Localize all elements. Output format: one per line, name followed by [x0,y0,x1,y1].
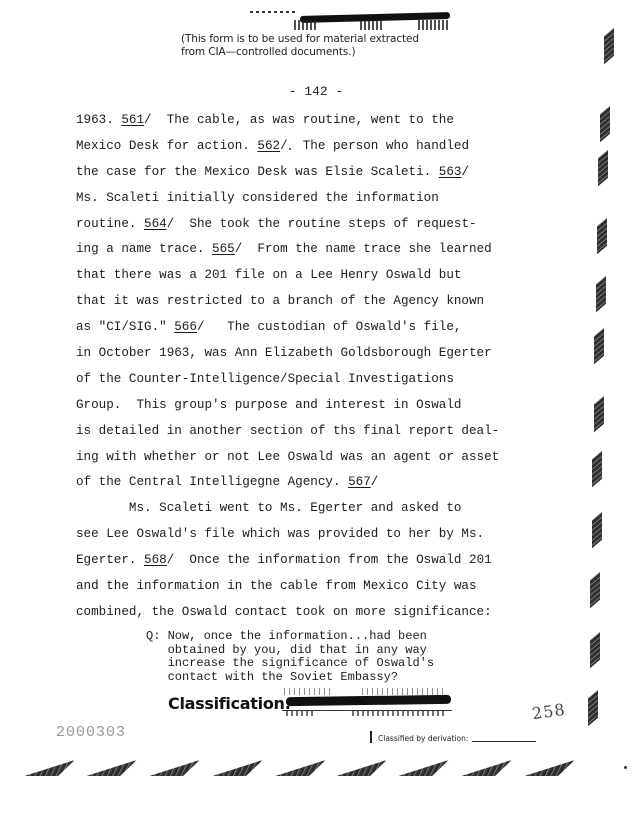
body-line: ing a name trace. 565/ From the name tra… [76,239,516,265]
body-text-span: / Once the information from the Oswald 2… [167,553,492,567]
scan-margin-mark [21,760,74,776]
scan-speck [289,148,291,150]
handwritten-number: 258 [531,700,567,723]
redaction-bar [286,695,451,706]
footnote-reference: 568 [144,553,167,567]
body-text-span: combined, the Oswald contact took on mor… [76,605,492,619]
document-page: (This form is to be used for material ex… [0,0,638,824]
footnote-reference: 566 [174,320,197,334]
body-line: Ms. Scaleti went to Ms. Egerter and aske… [76,498,516,524]
header-dotted-line [250,11,295,13]
body-line: of the Central Intelligegne Agency. 567/ [76,472,516,498]
body-text-span: / [371,475,379,489]
body-line: Mexico Desk for action. 562/ The person … [76,136,516,162]
redaction-noise [362,688,447,695]
body-line: Egerter. 568/ Once the information from … [76,550,516,576]
body-text-span: see Lee Oswald's file which was provided… [76,527,484,541]
body-line: is detailed in another section of ths fi… [76,421,516,447]
body-line: routine. 564/ She took the routine steps… [76,214,516,240]
body-text-span: in October 1963, was Ann Elizabeth Golds… [76,346,492,360]
body-text-span: / The cable, as was routine, went to the [144,113,454,127]
quote-line: Q: Now, once the information...had been [146,630,446,644]
body-line: the case for the Mexico Desk was Elsie S… [76,162,516,188]
body-text-span: Group. This group's purpose and interest… [76,398,461,412]
scan-margin-mark [604,28,614,64]
classified-by-derivation: Classified by derivation: [378,734,536,743]
body-text-span: / She took the routine steps of request- [167,217,477,231]
classification-redaction [282,688,452,718]
scan-margin-mark [592,451,602,487]
scan-margin-mark [521,760,574,776]
body-line: 1963. 561/ The cable, as was routine, we… [76,110,516,136]
body-line: see Lee Oswald's file which was provided… [76,524,516,550]
body-text-span: that it was restricted to a branch of th… [76,294,484,308]
body-line: Ms. Scaleti initially considered the inf… [76,188,516,214]
quote-line: increase the significance of Oswald's [146,657,446,671]
body-text-span: / The custodian of Oswald's file, [197,320,462,334]
quote-line: obtained by you, did that in any way [146,644,446,658]
redaction-noise [360,20,382,30]
scan-margin-mark [592,512,602,548]
body-line: that it was restricted to a branch of th… [76,291,516,317]
body-text-span: / [461,165,469,179]
footnote-reference: 562 [257,139,280,153]
scan-margin-mark [597,218,607,254]
header-redaction [290,12,460,30]
form-usage-note: (This form is to be used for material ex… [181,33,461,59]
redaction-noise [352,711,447,716]
body-line: combined, the Oswald contact took on mor… [76,602,516,628]
body-text-span: 1963. [76,113,121,127]
scan-margin-mark [594,396,604,432]
body-line: and the information in the cable from Me… [76,576,516,602]
body-line: that there was a 201 file on a Lee Henry… [76,265,516,291]
scan-margin-mark [83,760,136,776]
footnote-reference: 561 [121,113,144,127]
footnote-reference: 563 [439,165,462,179]
redaction-noise [294,20,316,30]
body-text: 1963. 561/ The cable, as was routine, we… [76,110,516,628]
body-text-span: Egerter. [76,553,144,567]
page-number: - 142 - [0,84,638,99]
body-text-span: is detailed in another section of ths fi… [76,424,499,438]
body-text-span: / From the name trace she learned [235,242,492,256]
page-number-text: - 142 - [289,84,344,99]
document-id-stamp: 2000303 [56,724,126,741]
body-text-span: / The person who handled [280,139,469,153]
scan-margin-mark [395,760,448,776]
body-text-span: Ms. Scaleti went to Ms. Egerter and aske… [76,501,461,515]
classified-by-label: Classified by derivation: [378,734,468,743]
body-line: in October 1963, was Ann Elizabeth Golds… [76,343,516,369]
body-line: ing with whether or not Lee Oswald was a… [76,447,516,473]
body-text-span: of the Central Intelligegne Agency. [76,475,348,489]
body-text-span: as "CI/SIG." [76,320,174,334]
body-text-span: routine. [76,217,144,231]
body-text-span: and the information in the cable from Me… [76,579,477,593]
margin-tick [370,731,372,743]
body-line: of the Counter-Intelligence/Special Inve… [76,369,516,395]
derivation-blank-line [472,741,536,742]
scan-margin-mark [590,632,600,668]
scan-margin-mark [588,690,598,726]
classification-label: Classification: [168,694,291,713]
body-text-span: Mexico Desk for action. [76,139,257,153]
body-text-span: ing a name trace. [76,242,212,256]
form-note-line-2: from CIA—controlled documents.) [181,46,461,59]
body-line: as "CI/SIG." 566/ The custodian of Oswal… [76,317,516,343]
scan-margin-mark [598,150,608,186]
scan-margin-mark [594,328,604,364]
body-text-span: the case for the Mexico Desk was Elsie S… [76,165,439,179]
redaction-noise [418,20,450,30]
scan-margin-mark [209,760,262,776]
body-text-span: of the Counter-Intelligence/Special Inve… [76,372,454,386]
quote-line: contact with the Soviet Embassy? [146,671,446,685]
footnote-reference: 565 [212,242,235,256]
scan-speck [624,766,627,769]
body-text-span: Ms. Scaleti initially considered the inf… [76,191,439,205]
scan-margin-mark [333,760,386,776]
scan-margin-mark [458,760,511,776]
testimony-quote: Q: Now, once the information...had been … [146,630,446,684]
body-text-span: that there was a 201 file on a Lee Henry… [76,268,461,282]
scan-margin-mark [596,276,606,312]
scan-margin-mark [590,572,600,608]
scan-margin-mark [600,106,610,142]
footnote-reference: 564 [144,217,167,231]
body-line: Group. This group's purpose and interest… [76,395,516,421]
footnote-reference: 567 [348,475,371,489]
scan-margin-mark [272,760,325,776]
scan-margin-mark [146,760,199,776]
form-note-line-1: (This form is to be used for material ex… [181,33,461,46]
redaction-noise [284,688,334,695]
redaction-noise [286,711,316,716]
body-text-span: ing with whether or not Lee Oswald was a… [76,450,499,464]
